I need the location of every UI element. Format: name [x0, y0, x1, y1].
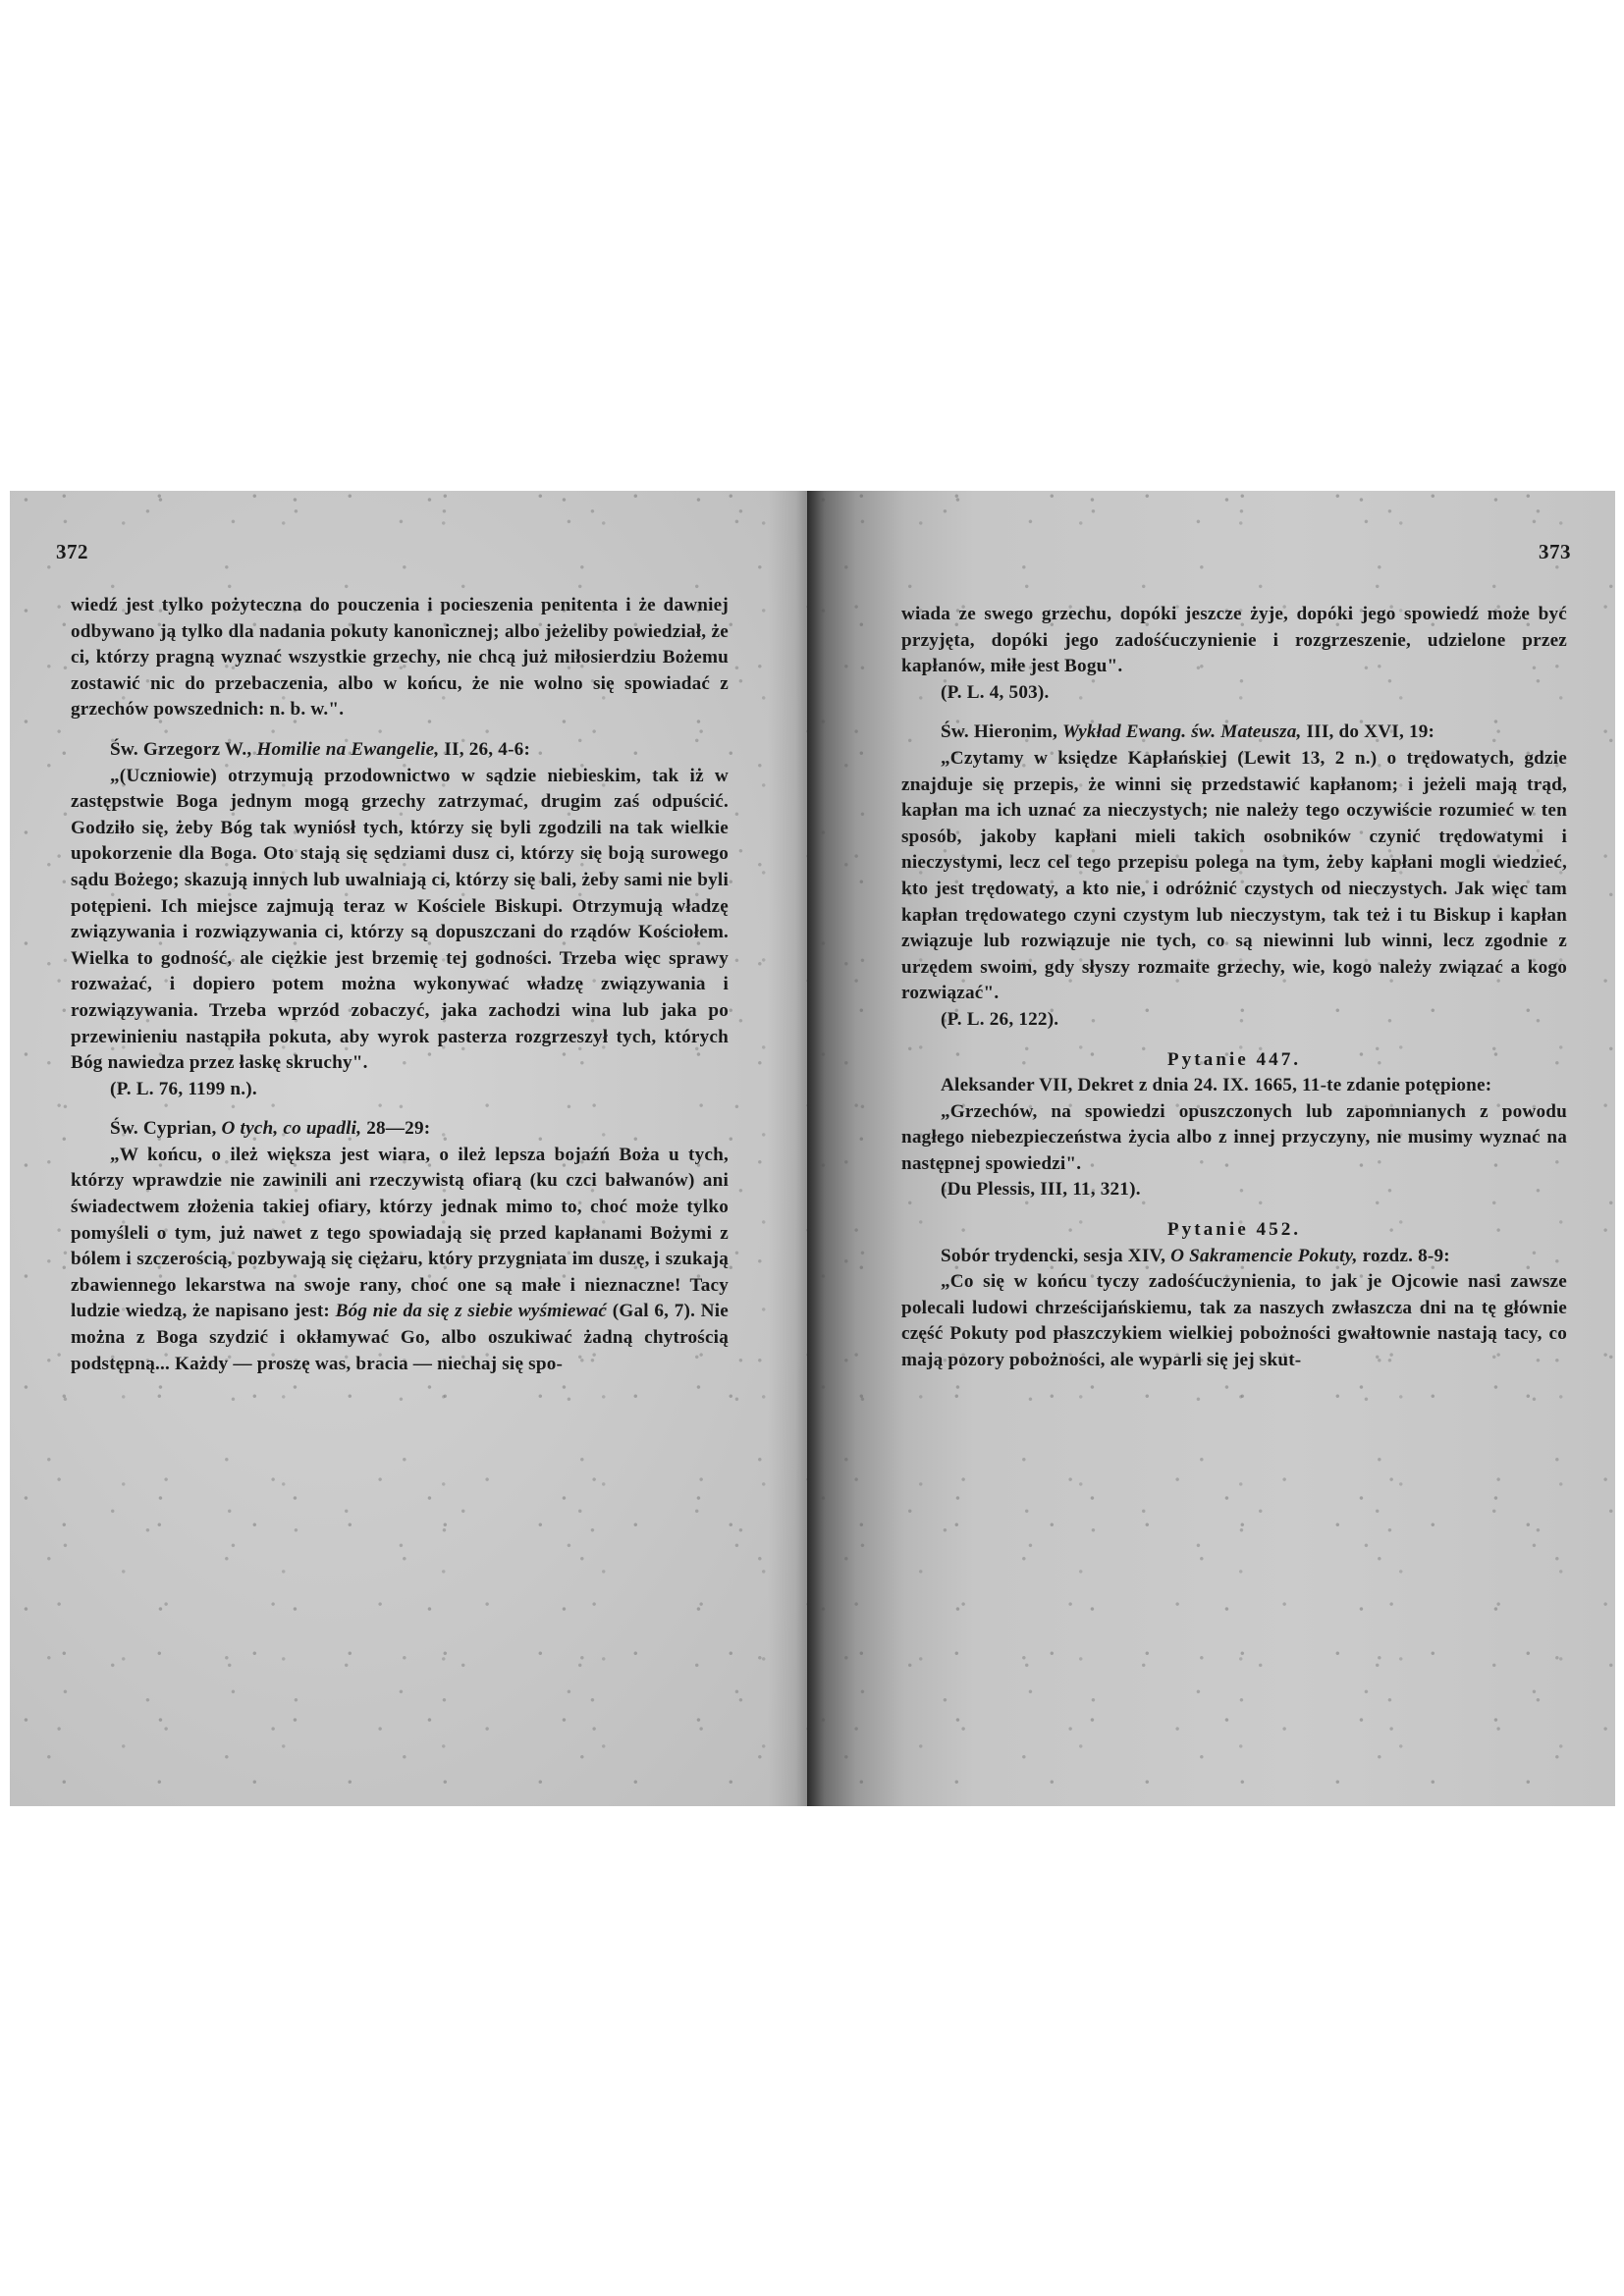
source-reference: (P. L. 76, 1199 n.).: [71, 1077, 729, 1103]
page-number: 373: [1539, 540, 1571, 564]
quote: „Czytamy w księdze Kapłańskiej (Lewit 13…: [901, 746, 1567, 1007]
page-body: wiada ze swego grzechu, dopóki jeszcze ż…: [901, 602, 1567, 1374]
left-page: 372 wiedź jest tylko pożyteczna do poucz…: [10, 491, 807, 1806]
quote-text: „W końcu, o ileż większa jest wiara, o i…: [71, 1145, 729, 1322]
citation: Św. Hieronim, Wykład Ewang. św. Mateusza…: [901, 720, 1567, 746]
page-body: wiedź jest tylko pożyteczna do pouczenia…: [71, 593, 729, 1377]
quote: „Grzechów, na spowiedzi opuszczonych lub…: [901, 1099, 1567, 1178]
question-heading: Pytanie 452.: [901, 1217, 1567, 1244]
quote: „Co się w końcu tyczy zadośćuczynienia, …: [901, 1269, 1567, 1373]
quote-scripture: Bóg nie da się z siebie wyśmiewać: [336, 1301, 608, 1321]
citation-author: Sobór trydencki, sesja XIV,: [941, 1246, 1170, 1266]
citation-author: Św. Cyprian,: [110, 1118, 222, 1139]
citation-ref: II, 26, 4-6:: [439, 739, 530, 760]
citation-ref: rozdz. 8-9:: [1358, 1246, 1450, 1266]
page-number: 372: [56, 540, 88, 564]
source-reference: (P. L. 26, 122).: [901, 1007, 1567, 1034]
citation-ref: 28—29:: [361, 1118, 430, 1139]
citation: Sobór trydencki, sesja XIV, O Sakramenci…: [901, 1244, 1567, 1270]
citation: Św. Grzegorz W., Homilie na Ewangelie, I…: [71, 737, 729, 764]
paragraph: wiedź jest tylko pożyteczna do pouczenia…: [71, 593, 729, 723]
book-spread: 372 wiedź jest tylko pożyteczna do poucz…: [10, 491, 1615, 1806]
paragraph: wiada ze swego grzechu, dopóki jeszcze ż…: [901, 602, 1567, 680]
citation-title: O Sakramencie Pokuty,: [1170, 1246, 1358, 1266]
citation-ref: III, do XVI, 19:: [1302, 721, 1435, 742]
quote: „W końcu, o ileż większa jest wiara, o i…: [71, 1143, 729, 1377]
paragraph: Aleksander VII, Dekret z dnia 24. IX. 16…: [901, 1073, 1567, 1099]
citation-author: Św. Hieronim,: [941, 721, 1062, 742]
source-reference: (P. L. 4, 503).: [901, 680, 1567, 707]
quote: „(Uczniowie) otrzymują przodownictwo w s…: [71, 764, 729, 1077]
citation-author: Św. Grzegorz W.,: [110, 739, 256, 760]
source-reference: (Du Plessis, III, 11, 321).: [901, 1177, 1567, 1203]
citation-title: O tych, co upadli,: [222, 1118, 362, 1139]
citation-title: Homilie na Ewangelie,: [256, 739, 439, 760]
question-heading: Pytanie 447.: [901, 1047, 1567, 1074]
citation: Św. Cyprian, O tych, co upadli, 28—29:: [71, 1116, 729, 1143]
right-page: 373 wiada ze swego grzechu, dopóki jeszc…: [807, 491, 1615, 1806]
citation-title: Wykład Ewang. św. Mateusza,: [1062, 721, 1302, 742]
